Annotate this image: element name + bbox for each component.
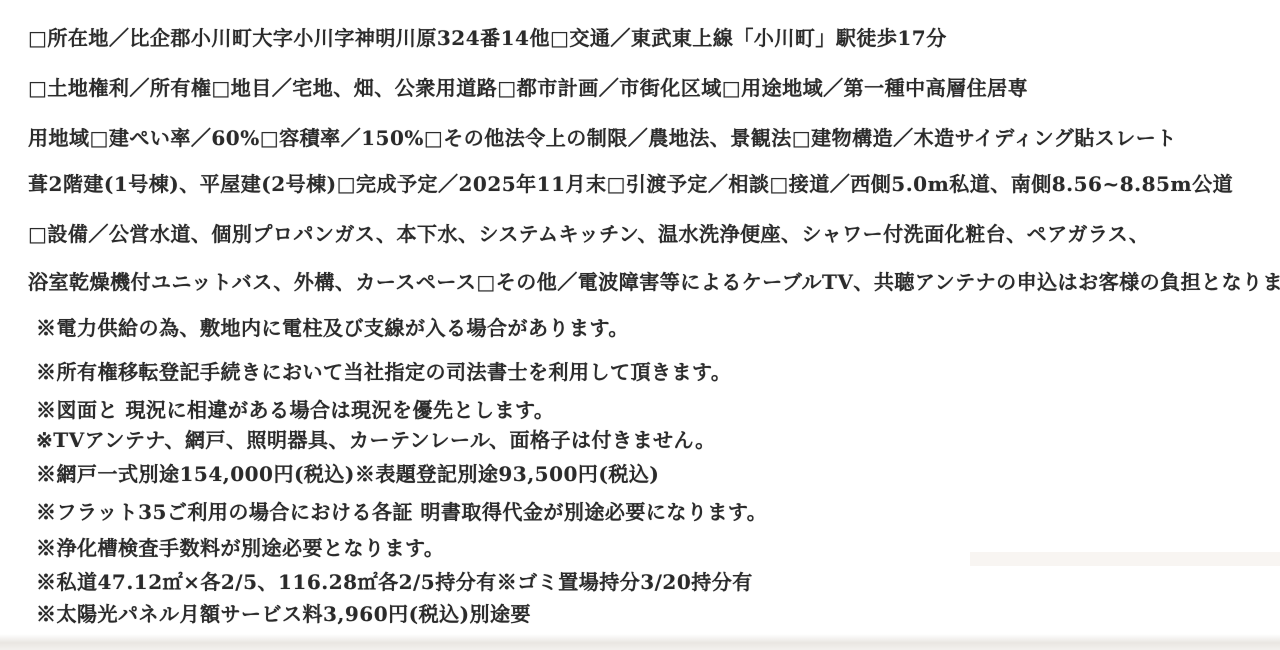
property-remarks-document: □所在地／比企郡小川町大字小川字神明川原324番14他□交通／東武東上線「小川町…: [0, 0, 1280, 650]
text-line-facilities-1: □設備／公営水道、個別プロパンガス、本下水、システムキッチン、温水洗浄便座、シャ…: [28, 218, 1149, 247]
text-line-location-access: □所在地／比企郡小川町大字小川字神明川原324番14他□交通／東武東上線「小川町…: [28, 22, 947, 51]
text-line-coverage-ratio: 用地域□建ぺい率／60%□容積率／150%□その他法令上の制限／農地法、景観法□…: [28, 122, 1177, 151]
note-line-drawing-priority: ※図面と 現況に相違がある場合は現況を優先とします。: [36, 394, 554, 423]
note-line-flat35: ※フラット35ご利用の場合における各証 明書取得代金が別途必要になります。: [36, 496, 767, 525]
note-line-power-poles: ※電力供給の為、敷地内に電柱及び支線が入る場合があります。: [36, 312, 629, 341]
text-line-completion-roads: 葺2階建(1号棟)、平屋建(2号棟)□完成予定／2025年11月末□引渡予定／相…: [28, 168, 1233, 197]
text-line-facilities-2: 浴室乾燥機付ユニットバス、外構、カースペース□その他／電波障害等によるケーブルT…: [28, 266, 1280, 295]
text-line-land-rights: □土地権利／所有権□地目／宅地、畑、公衆用道路□都市計画／市街化区域□用途地域／…: [28, 72, 1028, 101]
scan-smudge-artifact: [970, 552, 1280, 566]
scan-edge-artifact: [0, 634, 1280, 650]
note-line-not-included: ※TVアンテナ、網戸、照明器具、カーテンレール、面格子は付きません。: [36, 424, 716, 453]
note-line-judicial-scrivener: ※所有権移転登記手続きにおいて当社指定の司法書士を利用して頂きます。: [36, 356, 731, 385]
note-line-septic-inspection: ※浄化槽検査手数料が別途必要となります。: [36, 532, 444, 561]
note-line-private-road-share: ※私道47.12㎡×各2/5、116.28㎡各2/5持分有※ゴミ置場持分3/20…: [36, 566, 753, 595]
note-line-solar-panel-fee: ※太陽光パネル月額サービス料3,960円(税込)別途要: [36, 598, 531, 627]
note-line-screen-door-fees: ※網戸一式別途154,000円(税込)※表題登記別途93,500円(税込): [36, 458, 659, 487]
